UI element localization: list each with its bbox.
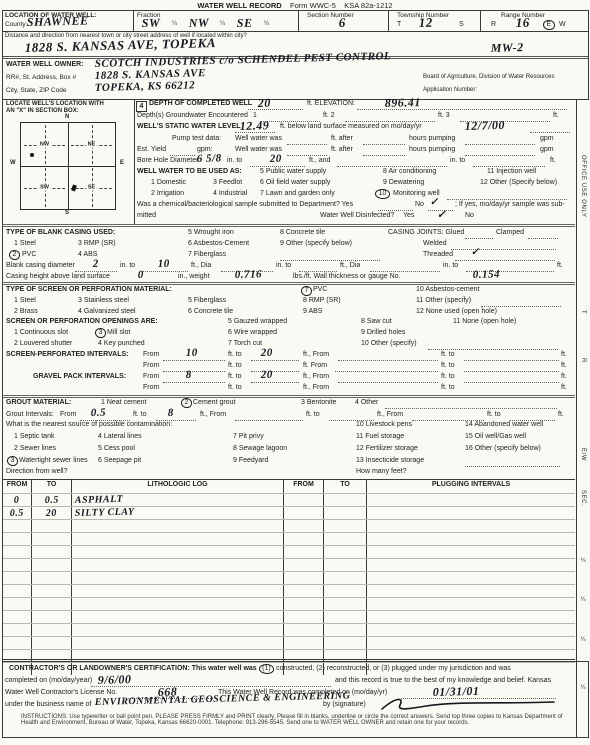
grout-ftto-label: ft. to: [133, 411, 147, 418]
gr2-ft-label: ft.: [561, 384, 567, 391]
openings-option-11: 11 None (open hole): [453, 318, 516, 325]
pump-test-label: Pump test data:: [172, 135, 221, 142]
county-label: County:: [5, 21, 27, 28]
grout-from-value: 0.5: [91, 407, 107, 419]
log-table-cell: [323, 559, 366, 571]
blank: [299, 270, 337, 272]
blank: [250, 165, 305, 167]
contam-option-12: 12 Fertilizer storage: [356, 445, 418, 452]
log-table-cell: [31, 546, 71, 558]
certification-section: CONTRACTOR'S OR LANDOWNER'S CERTIFICATIO…: [2, 661, 589, 737]
log-table-cell: [3, 624, 31, 636]
grout-ft-label: ft.: [558, 411, 564, 418]
log-table-cell: ASPHALT: [71, 494, 283, 506]
log-table-cell: [31, 520, 71, 532]
log-table-cell: [283, 585, 323, 597]
casing-ftdia-label: ft., Dia: [191, 262, 211, 269]
si2-ftfrom-label: ft. From: [303, 362, 327, 369]
log-table-cell: [366, 507, 575, 519]
openings-title: SCREEN OR PERFORATION OPENINGS ARE:: [6, 318, 158, 325]
gr-from-label: From: [143, 373, 159, 380]
disinfected-label: Water Well Disinfected?: [320, 212, 394, 219]
log-table-row: [3, 584, 575, 597]
blank: [363, 143, 405, 145]
contam-option-6: 6 Seepage pit: [98, 457, 141, 464]
quadrant-ne-label: NE: [86, 141, 98, 147]
blank: [465, 237, 493, 239]
gr-ftto-label: ft. to: [228, 373, 242, 380]
screen-interval-from-value: 10: [186, 347, 198, 359]
openings-option-9: 9 Drilled holes: [361, 329, 405, 336]
range-prefix: R: [491, 21, 496, 28]
log-table-cell: [366, 585, 575, 597]
log-table-cell: [283, 494, 323, 506]
yield-gpm2-label: gpm: [540, 146, 554, 153]
certification-line2b: and this record is true to the best of m…: [335, 677, 551, 684]
blank: [251, 381, 299, 383]
static-date-value: 12/7/00: [465, 118, 506, 134]
log-header-to2: TO: [323, 480, 366, 493]
openings-option-4: 4 Key punched: [98, 340, 145, 347]
township-prefix: T: [397, 21, 401, 28]
si-from-label: From: [143, 351, 159, 358]
gw-3: ft. 3: [438, 112, 450, 119]
blank: [75, 270, 117, 272]
gw-4: ft.: [553, 112, 559, 119]
application-number-label: Application Number:: [423, 87, 477, 93]
use-option-7: 7 Lawn and garden only: [260, 190, 335, 197]
groundwater-label: Depth(s) Groundwater Encountered: [137, 112, 248, 119]
contam-option-10: 10 Livestock pens: [356, 421, 412, 428]
log-table-cell: [323, 637, 366, 649]
log-table-cell: [71, 559, 283, 571]
casing-section: TYPE OF BLANK CASING USED: 5 Wrought iro…: [2, 224, 575, 282]
screen-option-3: 3 Stainless steel: [78, 297, 129, 304]
quarter-2: ¼: [220, 21, 225, 27]
locate-label-1: LOCATE WELL'S LOCATION WITH: [6, 101, 104, 107]
signature: [378, 695, 558, 713]
blank: [464, 359, 559, 361]
owner-label: WATER WELL OWNER:: [6, 61, 84, 68]
log-table-cell: [71, 572, 283, 584]
bore-to-value: 20: [270, 153, 282, 165]
blank: [378, 209, 413, 211]
log-table-cell: [31, 585, 71, 597]
lithologic-log-table: FROM TO LITHOLOGIC LOG FROM TO PLUGGING …: [2, 479, 575, 660]
gravel-title: GRAVEL PACK INTERVALS:: [33, 373, 126, 380]
log-table-cell: 20: [31, 507, 71, 519]
mitted-label: mitted: [137, 212, 156, 219]
log-table-cell: [71, 585, 283, 597]
screen-option-1: 1 Steel: [14, 297, 36, 304]
blank: [464, 370, 559, 372]
casing-to-value: 10: [158, 258, 170, 270]
log-table-row: [3, 597, 575, 610]
office-use-strip: OFFICE USE ONLY T R E/W SEC. ¼ ¼ ¼ ¼: [576, 100, 590, 737]
form-number: Form WWC-5: [290, 1, 336, 10]
log-table-cell: [283, 598, 323, 610]
log-table-cell: 0: [3, 494, 31, 506]
si-ftto2-label: ft. to: [441, 351, 455, 358]
log-table-cell: [283, 572, 323, 584]
blank: [345, 120, 435, 122]
log-header-from2: FROM: [283, 480, 323, 493]
log-table-row: [3, 532, 575, 545]
casing-into-label: in. to: [120, 262, 135, 269]
blank: [363, 154, 405, 156]
joints-clamped-label: Clamped: [496, 229, 524, 236]
log-header-from: FROM: [3, 480, 31, 493]
depth-value: 20: [258, 96, 271, 111]
use-option-11: 11 Injection well: [487, 168, 536, 175]
blank: [163, 359, 225, 361]
strip-section-label: SEC.: [580, 490, 586, 506]
pump-hours-label: hours pumping: [409, 135, 455, 142]
log-table-row: [3, 571, 575, 584]
screen-option-5: 5 Fiberglass: [188, 297, 226, 304]
use-option-12: 12 Other (Specify below): [480, 179, 557, 186]
fraction-1: SW: [142, 16, 161, 31]
log-table-cell: [366, 611, 575, 623]
use-option-3: 3 Feedlot: [213, 179, 242, 186]
screen-material-section: TYPE OF SCREEN OR PERFORATION MATERIAL: …: [2, 282, 575, 317]
log-table-cell: [366, 533, 575, 545]
quarter-3: ¼: [264, 21, 269, 27]
screen-option-8: 8 RMP (SR): [303, 297, 341, 304]
blank: [251, 370, 299, 372]
county-cell: LOCATION OF WATER WELL: County: SHAWNEE: [3, 11, 134, 31]
blank: [481, 305, 561, 307]
grout-option-4: 4 Other: [355, 399, 378, 406]
gw-2: ft. 2: [323, 112, 335, 119]
joints-glued-label: CASING JOINTS: Glued: [388, 229, 464, 236]
screen-option-2: 2 Brass: [14, 308, 38, 315]
log-table-cell: [366, 494, 575, 506]
log-table-cell: [366, 559, 575, 571]
compass-east: E: [120, 160, 124, 166]
header-row: LOCATION OF WATER WELL: County: SHAWNEE …: [3, 11, 588, 32]
well-location-mark: [30, 153, 34, 157]
gr2-ftfrom-label: ft., From: [303, 384, 329, 391]
log-table-cell: [71, 598, 283, 610]
contamination-section: What is the nearest source of possible c…: [2, 420, 575, 479]
joints-threaded-label: Threaded: [423, 251, 453, 258]
blank: [163, 370, 225, 372]
sample-no-check: ✓: [430, 197, 439, 208]
si2-from-label: From: [143, 362, 159, 369]
log-table-body: 00.5ASPHALT0.520SILTY CLAY: [3, 493, 575, 675]
grout-from-label: From: [60, 411, 76, 418]
owner-city-label: City, State, ZIP Code: [6, 87, 66, 94]
log-table-cell: [323, 494, 366, 506]
log-table-cell: [71, 533, 283, 545]
casing-option-6: 6 Asbestos-Cement: [188, 240, 249, 247]
si-ft-label: ft.: [561, 351, 567, 358]
log-table-cell: [31, 598, 71, 610]
log-table-row: 00.5ASPHALT: [3, 493, 575, 506]
casing-option-5: 5 Wrought iron: [188, 229, 234, 236]
log-table-cell: [31, 624, 71, 636]
grout-title: GROUT MATERIAL:: [6, 399, 71, 406]
fraction-cell: Fraction SW ¼ NW ¼ SE ¼: [134, 11, 299, 31]
openings-option-3: Mill slot: [107, 329, 130, 336]
openings-option-7: 7 Torch cut: [228, 340, 262, 347]
section-square: NW NE SW SE: [20, 122, 116, 210]
casing-gauge-label: lbs./ft. Wall thickness or gauge No.: [293, 273, 401, 280]
blank: [338, 381, 438, 383]
log-table-cell: 0.5: [31, 494, 71, 506]
log-table-cell: [71, 611, 283, 623]
log-table-cell: [3, 520, 31, 532]
log-table-cell: [366, 572, 575, 584]
log-header-lithologic: LITHOLOGIC LOG: [71, 480, 283, 493]
grout-intervals-label: Grout Intervals:: [6, 411, 54, 418]
compass-west: W: [10, 160, 16, 166]
contam-option-9: 9 Feedyard: [233, 457, 268, 464]
casing-gauge-value: 0.154: [473, 268, 501, 281]
yield-hours-label: hours pumping: [409, 146, 455, 153]
certification-line4b: by (signature): [323, 701, 366, 708]
si2-ftto-label: ft. to: [228, 362, 242, 369]
strip-quarter-2: ¼: [580, 597, 586, 604]
threaded-check: ✓: [471, 247, 480, 258]
si2-ft-label: ft.: [561, 362, 567, 369]
certification-line4a: under the business name of: [5, 701, 91, 708]
blank: [465, 465, 560, 467]
pump-gpm-label: gpm: [540, 135, 554, 142]
grout-section: GROUT MATERIAL: 1 Neat cement 2 Cement g…: [2, 395, 575, 420]
screen-option-7: PVC: [313, 286, 327, 293]
yield-ftafter-label: ft. after: [331, 146, 353, 153]
blank: [287, 143, 327, 145]
casing-weight-label: in., weight: [178, 273, 210, 280]
grout-ftto2-label: ft. to: [306, 411, 320, 418]
compass-north: N: [65, 114, 69, 120]
contam-option-5: 5 Cess pool: [98, 445, 135, 452]
contam-option-15: 15 Oil well/Gas well: [465, 433, 526, 440]
use-option-10-number-circled: 10: [375, 189, 390, 199]
contam-option-13: 13 Insecticide storage: [356, 457, 424, 464]
blank: [455, 259, 555, 261]
blank: [251, 359, 299, 361]
grout-option-1: 1 Neat cement: [101, 399, 147, 406]
section-locator: LOCATE WELL'S LOCATION WITH AN "X" IN SE…: [2, 100, 135, 224]
openings-option-2: 2 Louvered shutter: [14, 340, 72, 347]
log-table-cell: [3, 572, 31, 584]
bore-label: Bore Hole Diameter: [137, 157, 198, 164]
log-table-cell: [366, 598, 575, 610]
log-table-row: [3, 545, 575, 558]
log-table-row: 0.520SILTY CLAY: [3, 506, 575, 519]
log-table-cell: [3, 533, 31, 545]
cert-date-completed: 9/6/00: [98, 672, 132, 688]
log-table-cell: [71, 546, 283, 558]
log-table-row: [3, 558, 575, 571]
log-table-cell: [31, 559, 71, 571]
screen-intervals-title: SCREEN-PERFORATED INTERVALS:: [6, 351, 129, 358]
log-table-cell: [3, 585, 31, 597]
log-table-cell: [323, 546, 366, 558]
log-table-row: [3, 636, 575, 649]
quadrant-ne: NE: [68, 123, 115, 166]
log-table-cell: [323, 585, 366, 597]
log-table-cell: [71, 637, 283, 649]
log-table-cell: [3, 611, 31, 623]
openings-section: SCREEN OR PERFORATION OPENINGS ARE: 5 Ga…: [2, 317, 575, 351]
quadrant-nw: NW: [21, 123, 68, 166]
well-details: 4 DEPTH OF COMPLETED WELL 20 ft. ELEVATI…: [135, 100, 575, 224]
contam-option-11: 11 Fuel storage: [356, 433, 404, 440]
screen-option-6: 6 Concrete tile: [188, 308, 233, 315]
log-table-cell: [323, 533, 366, 545]
casing-weight-value: 0.716: [235, 268, 263, 281]
log-table-cell: [323, 520, 366, 532]
screen-option-12: 12 None used (open hole): [416, 308, 497, 315]
disinfected-no-label: No: [465, 212, 474, 219]
contam-option-3: Watertight sewer lines: [19, 457, 88, 464]
casing-option-2: PVC: [22, 251, 36, 258]
direction-label: Direction from well?: [6, 468, 67, 475]
bore-ftand-label: ft., and: [309, 157, 330, 164]
use-option-8: 8 Air conditioning: [383, 168, 436, 175]
log-table-cell: [323, 572, 366, 584]
contam-option-1: 1 Septic tank: [14, 433, 54, 440]
log-table-cell: [283, 637, 323, 649]
pump-wellwater-label: Well water was: [235, 135, 282, 142]
log-table-cell: [283, 533, 323, 545]
grout-option-2: Cement grout: [193, 399, 235, 406]
log-table-cell: [283, 611, 323, 623]
certification-line2a: completed on (mo/day/year): [5, 677, 92, 684]
certification-line1b: constructed, (2) reconstructed, or (3) p…: [276, 665, 511, 672]
log-table-cell: [71, 520, 283, 532]
blank: [370, 270, 440, 272]
si-ftto-label: ft. to: [228, 351, 242, 358]
item-4-number: 4: [136, 101, 147, 112]
blank: [473, 165, 545, 167]
screen-option-11: 11 Other (specify): [416, 297, 471, 304]
blank: [530, 131, 570, 133]
blank: [528, 237, 558, 239]
blank: [447, 198, 567, 200]
log-header-plugging: PLUGGING INTERVALS: [366, 480, 575, 493]
township-value: 12: [419, 15, 433, 31]
blank: [451, 248, 556, 250]
cert-option-1-circled: (1): [259, 664, 275, 674]
log-table-row: [3, 623, 575, 636]
range-cell: Range Number R 16 E W: [481, 11, 588, 31]
blank: [337, 165, 447, 167]
form-title: WATER WELL RECORD: [197, 1, 281, 10]
elevation-value: 896.41: [385, 95, 421, 111]
log-header-to: TO: [31, 480, 71, 493]
strip-quarter-1: ¼: [580, 558, 586, 565]
log-table-cell: [366, 637, 575, 649]
log-table-cell: [283, 559, 323, 571]
sample-no-label: No: [415, 201, 424, 208]
screen-option-9: 9 ABS: [303, 308, 322, 315]
log-table-cell: [283, 520, 323, 532]
quadrant-nw-label: NW: [38, 141, 51, 147]
compass-south: S: [65, 210, 69, 216]
casing-height-value: 0: [138, 269, 144, 281]
log-table-cell: SILTY CLAY: [71, 507, 283, 519]
grout-option-3: 3 Bentonite: [301, 399, 336, 406]
contam-option-2: 2 Sewer lines: [14, 445, 56, 452]
gravel-from-value: 8: [186, 369, 192, 381]
casing-option-9: 9 Other (specify below): [280, 240, 352, 247]
screen-interval-to-value: 20: [261, 347, 273, 359]
log-table-cell: [283, 546, 323, 558]
blank: [465, 143, 535, 145]
casing-diameter-label: Blank casing diameter: [6, 262, 75, 269]
gr-ft-label: ft.: [561, 373, 567, 380]
gr2-ftto-label: ft. to: [228, 384, 242, 391]
contam-option-16: 16 Other (specify below): [465, 445, 541, 452]
fraction-3: SE: [237, 16, 253, 31]
casing-into3-label: in. to: [443, 262, 458, 269]
log-table-cell: [366, 520, 575, 532]
screen-title: TYPE OF SCREEN OR PERFORATION MATERIAL:: [6, 286, 172, 293]
casing-into2-label: in. to: [276, 262, 291, 269]
township-cell: Township Number T 12 S: [389, 11, 481, 31]
static-level-label: WELL'S STATIC WATER LEVEL: [137, 123, 241, 130]
range-west: W: [559, 21, 566, 28]
pump-ftafter-label: ft. after: [331, 135, 353, 142]
blank: [428, 348, 558, 350]
openings-option-8: 8 Saw cut: [361, 318, 392, 325]
casing-ftdia2-label: ft., Dia: [340, 262, 360, 269]
section-cell: Section Number 6: [299, 11, 389, 31]
disinfected-yes-label: Yes: [403, 212, 414, 219]
openings-option-1: 1 Continuous slot: [14, 329, 68, 336]
casing-title: TYPE OF BLANK CASING USED:: [6, 229, 115, 236]
grout-ftto3-label: ft. to: [487, 411, 501, 418]
section-value: 6: [339, 15, 346, 31]
fraction-2: NW: [189, 15, 210, 31]
gravel-to-value: 20: [261, 369, 273, 381]
casing-height-label: Casing height above land surface: [6, 273, 110, 280]
township-suffix: S: [459, 21, 464, 28]
owner-city-value: TOPEKA, KS 66212: [95, 79, 196, 94]
log-table-cell: [31, 637, 71, 649]
openings-option-10: 10 Other (specify): [361, 340, 417, 347]
contam-option-3-number-circled: 3: [7, 456, 18, 466]
grout-ftfrom2-label: ft., From: [377, 411, 403, 418]
log-table-cell: [323, 624, 366, 636]
blank: [163, 381, 225, 383]
log-table-cell: [283, 624, 323, 636]
log-table-cell: [31, 533, 71, 545]
openings-option-5: 5 Gauzed wrapped: [228, 318, 287, 325]
log-table-cell: [71, 624, 283, 636]
log-table-cell: [323, 507, 366, 519]
strip-township-label: T: [580, 310, 586, 314]
gr2-from-label: From: [143, 384, 159, 391]
how-many-feet-label: How many feet?: [356, 468, 407, 475]
quadrant-se-label: SE: [86, 184, 97, 190]
casing-diameter-value: 2: [93, 258, 99, 270]
blank: [464, 381, 559, 383]
certification-line1a: CONTRACTOR'S OR LANDOWNER'S CERTIFICATIO…: [9, 665, 257, 672]
well-id-value: MW-2: [491, 40, 524, 56]
intervals-section: SCREEN-PERFORATED INTERVALS: From 10 ft.…: [2, 351, 575, 395]
elevation-label: ft. ELEVATION:: [307, 100, 355, 107]
log-table-cell: [366, 624, 575, 636]
static-rest-label: ft. below land surface measured on mo/da…: [280, 123, 422, 130]
casing-option-3: 3 RMP (SR): [78, 240, 116, 247]
office-use-label: OFFICE USE ONLY: [580, 155, 586, 218]
